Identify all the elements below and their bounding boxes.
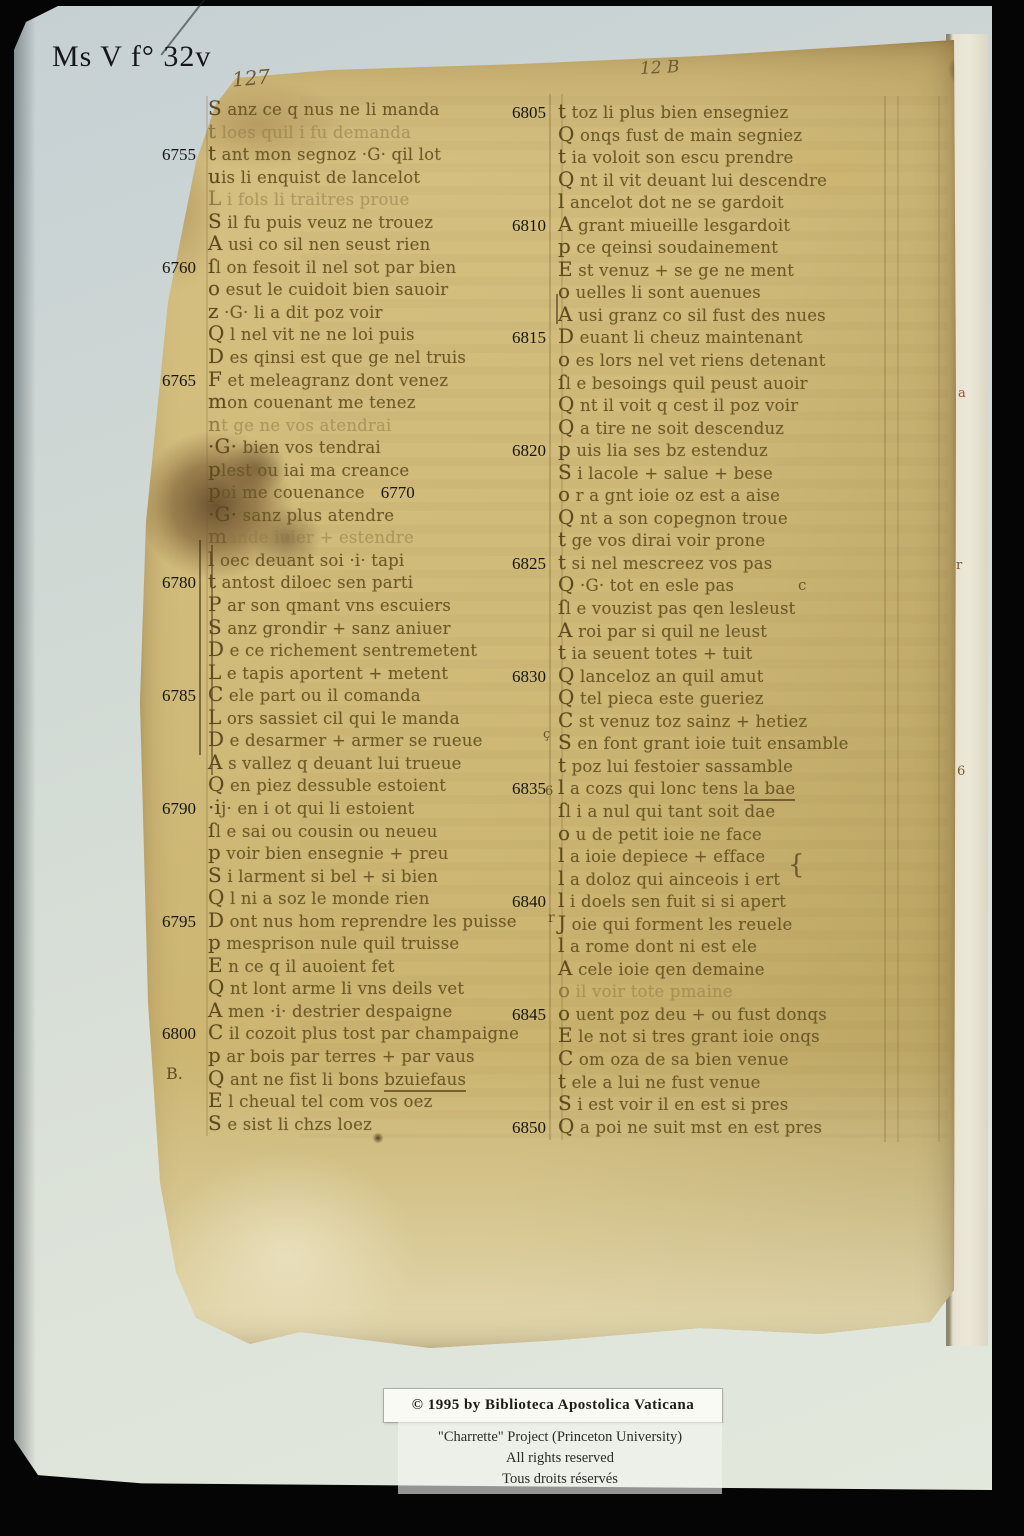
verse-text: Q l nel vit ne ne loi puis bbox=[208, 322, 415, 347]
verse-text: o r a gnt ioie oz est a aise bbox=[558, 483, 780, 508]
manuscript-line: Q en piez dessuble estoient bbox=[150, 773, 530, 796]
manuscript-line: 6815D euant li cheuz maintenant bbox=[506, 325, 966, 348]
verse-text: S anz ce q nus ne li manda bbox=[208, 97, 440, 122]
edge-mark-six: 6 bbox=[957, 764, 965, 779]
manuscript-line: S i est voir il en est si pres bbox=[506, 1092, 966, 1115]
verse-text: ſl on fesoit il nel sot par bien bbox=[208, 255, 456, 280]
manuscript-line: o es lors nel vet riens detenant bbox=[506, 348, 966, 371]
verse-text: J oie qui forment les reuele bbox=[558, 912, 792, 937]
verse-text: C om oza de sa bien venue bbox=[558, 1047, 789, 1072]
verse-text: E le not si tres grant ioie onqs bbox=[558, 1024, 820, 1049]
manuscript-line: ſl i a nul qui tant soit dae bbox=[506, 799, 966, 822]
verse-text: D e ce richement sentremetent bbox=[208, 638, 477, 663]
manuscript-line: S e sist li chzs loez bbox=[150, 1112, 530, 1135]
verse-text: ſl e sai ou cousin ou neueu bbox=[208, 819, 438, 844]
manuscript-line: D e desarmer + armer se rueue bbox=[150, 728, 530, 751]
manuscript-line: E st venuz + se ge ne ment bbox=[506, 258, 966, 281]
verse-number: 6830 bbox=[506, 666, 558, 689]
verse-text: l ancelot dot ne se gardoit bbox=[558, 190, 784, 215]
verse-text: ſl e besoings quil peust auoir bbox=[558, 371, 808, 396]
verse-number: 6850 bbox=[506, 1117, 558, 1140]
manuscript-line: 6850Q a poi ne suit mst en est pres bbox=[506, 1115, 966, 1138]
verse-text: uis li enquist de lancelot bbox=[208, 165, 420, 190]
edge-mark-a: a bbox=[958, 386, 966, 401]
manuscript-line: S i larment si bel + si bien bbox=[150, 864, 530, 887]
margin-brace: { bbox=[788, 850, 805, 880]
manuscript-line: L i fols li traitres proue bbox=[150, 187, 530, 210]
manuscript-line: 6810A grant miueille lesgardoit bbox=[506, 213, 966, 236]
caption-rights-en: All rights reserved bbox=[398, 1448, 722, 1469]
manuscript-line: 6790·ij· en i ot qui li estoient bbox=[150, 796, 530, 819]
manuscript-line: Q l nel vit ne ne loi puis bbox=[150, 322, 530, 345]
verse-text: E l cheual tel com vos oez bbox=[208, 1089, 433, 1114]
manuscript-line: C om oza de sa bien venue bbox=[506, 1047, 966, 1070]
manuscript-line: 6835l a cozs qui lonc tens la bae bbox=[506, 776, 966, 799]
verse-text: l i doels sen fuit si si apert bbox=[558, 889, 786, 914]
manuscript-line: D e ce richement sentremetent bbox=[150, 638, 530, 661]
margin-note-c: c bbox=[798, 576, 806, 594]
verse-text: o es lors nel vet riens detenant bbox=[558, 348, 826, 373]
manuscript-line: S il fu puis veuz ne trouez bbox=[150, 210, 530, 233]
manuscript-line: E le not si tres grant ioie onqs bbox=[506, 1024, 966, 1047]
manuscript-line: 6760ſl on fesoit il nel sot par bien bbox=[150, 255, 530, 278]
verse-text: Q a poi ne suit mst en est pres bbox=[558, 1115, 822, 1140]
verse-text: S i larment si bel + si bien bbox=[208, 864, 438, 889]
manuscript-line: t loes quil i fu demanda bbox=[150, 120, 530, 143]
verse-number: 6790 bbox=[150, 798, 208, 821]
verse-number: 6815 bbox=[506, 327, 558, 350]
verse-number: 6760 bbox=[150, 257, 208, 280]
margin-note-r: r bbox=[548, 910, 555, 926]
manuscript-line: o il voir tote pmaine bbox=[506, 979, 966, 1002]
verse-text: l a cozs qui lonc tens la bae bbox=[558, 776, 795, 801]
verse-text: t ia seuent totes + tuit bbox=[558, 641, 752, 666]
manuscript-line: ·G· bien vos tendrai bbox=[150, 435, 530, 458]
manuscript-line: l a rome dont ni est ele bbox=[506, 934, 966, 957]
manuscript-line: p mesprison nule quil truisse bbox=[150, 931, 530, 954]
manuscript-line: Q nt il voit q cest il poz voir bbox=[506, 393, 966, 416]
margin-note-cedilla: ç bbox=[543, 727, 550, 742]
manuscript-line: S anz grondir + sanz aniuer bbox=[150, 616, 530, 639]
manuscript-line: l a ioie depiece + efface bbox=[506, 844, 966, 867]
verse-text: A usi granz co sil fust des nues bbox=[558, 303, 826, 328]
manuscript-line: A s vallez q deuant lui trueue bbox=[150, 751, 530, 774]
verse-text: o u de petit ioie ne face bbox=[558, 822, 762, 847]
verse-text: o uelles li sont auenues bbox=[558, 280, 761, 305]
margin-note-b: B. bbox=[166, 1064, 183, 1083]
manuscript-shelfmark-label: Ms V f° 32v bbox=[52, 40, 211, 74]
verse-number: 6820 bbox=[506, 440, 558, 463]
manuscript-line: uis li enquist de lancelot bbox=[150, 165, 530, 188]
verse-text: E n ce q il auoient fet bbox=[208, 954, 395, 979]
verse-text: Q ant ne fist li bons bzuiefaus bbox=[208, 1067, 466, 1092]
verse-text: t ant mon segnoz ·G· qil lot bbox=[208, 142, 441, 167]
manuscript-line: t poz lui festoier sassamble bbox=[506, 754, 966, 777]
manuscript-line: t ge vos dirai voir prone bbox=[506, 528, 966, 551]
verse-number: 6785 bbox=[150, 685, 208, 708]
manuscript-line: nt ge ne vos atendrai bbox=[150, 413, 530, 436]
manuscript-line: A usi co sil nen seust rien bbox=[150, 232, 530, 255]
manuscript-line: A usi granz co sil fust des nues bbox=[506, 303, 966, 326]
manuscript-line: Q nt il vit deuant lui descendre bbox=[506, 168, 966, 191]
verse-text: t toz li plus bien ensegniez bbox=[558, 100, 788, 125]
verse-text: S e sist li chzs loez bbox=[208, 1112, 372, 1137]
verse-text: D es qinsi est que ge nel truis bbox=[208, 345, 466, 370]
verse-text: ·G· bien vos tendrai bbox=[208, 435, 381, 460]
verse-text: t ele a lui ne fust venue bbox=[558, 1070, 761, 1095]
manuscript-line: L e tapis aportent + metent bbox=[150, 661, 530, 684]
manuscript-line: poi me couenance6770 bbox=[150, 480, 530, 503]
manuscript-line: p voir bien ensegnie + preu bbox=[150, 841, 530, 864]
manuscript-line: C st venuz toz sainz + hetiez bbox=[506, 709, 966, 732]
manuscript-line: Q nt lont arme li vns deils vet bbox=[150, 976, 530, 999]
verse-number: 6765 bbox=[150, 370, 208, 393]
verse-text: L e tapis aportent + metent bbox=[208, 661, 448, 686]
manuscript-line: J oie qui forment les reuele bbox=[506, 912, 966, 935]
manuscript-line: 6805t toz li plus bien ensegniez bbox=[506, 100, 966, 123]
manuscript-line: o r a gnt ioie oz est a aise bbox=[506, 483, 966, 506]
verse-text: Q en piez dessuble estoient bbox=[208, 773, 446, 798]
verse-text: t si nel mescreez vos pas bbox=[558, 551, 772, 576]
edge-mark-r: r bbox=[956, 558, 962, 573]
verse-text: A grant miueille lesgardoit bbox=[558, 213, 790, 238]
folio-number-left: 127 bbox=[231, 64, 271, 91]
folio-number-right: 12 B bbox=[640, 57, 681, 79]
verse-text: Q nt lont arme li vns deils vet bbox=[208, 976, 464, 1001]
copyright-strip: © 1995 by Biblioteca Apostolica Vaticana bbox=[384, 1389, 722, 1422]
verse-text: F et meleagranz dont venez bbox=[208, 368, 448, 393]
verse-text: l a ioie depiece + efface bbox=[558, 844, 765, 869]
manuscript-line: t ele a lui ne fust venue bbox=[506, 1070, 966, 1093]
verse-text: Q nt il voit q cest il poz voir bbox=[558, 393, 798, 418]
verse-text: Q tel pieca este gueriez bbox=[558, 686, 764, 711]
verse-text: t ia voloit son escu prendre bbox=[558, 145, 794, 170]
manuscript-line: L ors sassiet cil qui le manda bbox=[150, 706, 530, 729]
verse-text: Q lanceloz an quil amut bbox=[558, 664, 764, 689]
manuscript-line: t ia seuent totes + tuit bbox=[506, 641, 966, 664]
verse-text: S anz grondir + sanz aniuer bbox=[208, 616, 451, 641]
verse-text: o esut le cuidoit bien sauoir bbox=[208, 277, 448, 302]
verse-text: ſl e vouzist pas qen lesleust bbox=[558, 596, 796, 621]
verse-number: 6805 bbox=[506, 102, 558, 125]
verse-text: l a rome dont ni est ele bbox=[558, 934, 757, 959]
manuscript-line: 6840l i doels sen fuit si si apert bbox=[506, 889, 966, 912]
manuscript-line: S en font grant ioie tuit ensamble bbox=[506, 731, 966, 754]
manuscript-line: Q onqs fust de main segniez bbox=[506, 123, 966, 146]
manuscript-line: 6780t antost diloec sen parti bbox=[150, 570, 530, 593]
manuscript-line: ſl e sai ou cousin ou neueu bbox=[150, 819, 530, 842]
manuscript-line: E n ce q il auoient fet bbox=[150, 954, 530, 977]
manuscript-line: 6820p uis lia ses bz estenduz bbox=[506, 438, 966, 461]
verse-text: L i fols li traitres proue bbox=[208, 187, 409, 212]
verse-text: l a doloz qui ainceois i ert bbox=[558, 867, 780, 892]
verse-number: 6770 bbox=[365, 482, 415, 505]
caption-credits: "Charrette" Project (Princeton Universit… bbox=[398, 1422, 722, 1494]
verse-text: C ele part ou il comanda bbox=[208, 683, 421, 708]
verse-text: mande iuier + estendre bbox=[208, 525, 414, 550]
verse-text: p ce qeinsi soudainement bbox=[558, 235, 778, 260]
verse-text: Q ·G· tot en esle pas bbox=[558, 573, 734, 598]
manuscript-line: Q tel pieca este gueriez bbox=[506, 686, 966, 709]
manuscript-line: 6800C il cozoit plus tost par champaigne bbox=[150, 1021, 530, 1044]
manuscript-line: 6825t si nel mescreez vos pas bbox=[506, 551, 966, 574]
verse-text: plest ou iai ma creance bbox=[208, 458, 409, 483]
manuscript-line: z ·G· li a dit poz voir bbox=[150, 300, 530, 323]
manuscript-line: A cele ioie qen demaine bbox=[506, 957, 966, 980]
manuscript-line: ·G· sanz plus atendre bbox=[150, 503, 530, 526]
manuscript-line: 6765F et meleagranz dont venez bbox=[150, 368, 530, 391]
verse-text: t antost diloec sen parti bbox=[208, 570, 413, 595]
manuscript-line: p ar bois par terres + par vaus bbox=[150, 1044, 530, 1067]
manuscript-line: A roi par si quil ne leust bbox=[506, 619, 966, 642]
verse-number: 6795 bbox=[150, 911, 208, 934]
verse-text: t ge vos dirai voir prone bbox=[558, 528, 765, 553]
verse-text: C il cozoit plus tost par champaigne bbox=[208, 1021, 519, 1046]
verse-number: 6810 bbox=[506, 215, 558, 238]
verse-column-right: 6805t toz li plus bien ensegniezQ onqs f… bbox=[506, 100, 966, 1137]
verse-text: Q a tire ne soit descenduz bbox=[558, 416, 784, 441]
manuscript-line: 6785C ele part ou il comanda bbox=[150, 683, 530, 706]
verse-text: A cele ioie qen demaine bbox=[558, 957, 765, 982]
verse-number: 6800 bbox=[150, 1023, 208, 1046]
verse-text: t loes quil i fu demanda bbox=[208, 120, 411, 145]
manuscript-line: l ancelot dot ne se gardoit bbox=[506, 190, 966, 213]
manuscript-line: P ar son qmant vns escuiers bbox=[150, 593, 530, 616]
verse-text: D euant li cheuz maintenant bbox=[558, 325, 803, 350]
manuscript-line: 6795D ont nus hom reprendre les puisse bbox=[150, 909, 530, 932]
verse-text: A s vallez q deuant lui trueue bbox=[208, 751, 462, 776]
manuscript-line: Q ant ne fist li bons bzuiefaus bbox=[150, 1067, 530, 1090]
margin-note-six: 6 bbox=[545, 784, 553, 799]
manuscript-line: S i lacole + salue + bese bbox=[506, 461, 966, 484]
manuscript-line: p ce qeinsi soudainement bbox=[506, 235, 966, 258]
verse-text: ·ij· en i ot qui li estoient bbox=[208, 796, 415, 821]
verse-text: Q nt il vit deuant lui descendre bbox=[558, 168, 827, 193]
verse-text: D ont nus hom reprendre les puisse bbox=[208, 909, 517, 934]
manuscript-line: E l cheual tel com vos oez bbox=[150, 1089, 530, 1112]
manuscript-line: Q a tire ne soit descenduz bbox=[506, 416, 966, 439]
slide-photograph: { "header": { "slide_label": "Ms V f° 32… bbox=[0, 0, 1024, 1536]
manuscript-line: A men ·i· destrier despaigne bbox=[150, 999, 530, 1022]
verse-text: z ·G· li a dit poz voir bbox=[208, 300, 383, 325]
manuscript-line: 6755t ant mon segnoz ·G· qil lot bbox=[150, 142, 530, 165]
manuscript-line: ſl e besoings quil peust auoir bbox=[506, 371, 966, 394]
verse-text: Q l ni a soz le monde rien bbox=[208, 886, 430, 911]
verse-number: 6780 bbox=[150, 572, 208, 595]
verse-text: S il fu puis veuz ne trouez bbox=[208, 210, 433, 235]
verse-text: o il voir tote pmaine bbox=[558, 979, 733, 1004]
verse-text: t poz lui festoier sassamble bbox=[558, 754, 793, 779]
verse-text: A usi co sil nen seust rien bbox=[208, 232, 430, 257]
verse-text: D e desarmer + armer se rueue bbox=[208, 728, 483, 753]
manuscript-line: mande iuier + estendre bbox=[150, 525, 530, 548]
verse-text: S en font grant ioie tuit ensamble bbox=[558, 731, 849, 756]
verse-text: S i lacole + salue + bese bbox=[558, 461, 773, 486]
caption-rights-fr: Tous droits réservés bbox=[398, 1469, 722, 1490]
verse-text: P ar son qmant vns escuiers bbox=[208, 593, 451, 618]
manuscript-line: Q ·G· tot en esle pas bbox=[506, 573, 966, 596]
verse-text: p ar bois par terres + par vaus bbox=[208, 1044, 475, 1069]
verse-text: l oec deuant soi ·i· tapi bbox=[208, 548, 404, 573]
manuscript-line: t ia voloit son escu prendre bbox=[506, 145, 966, 168]
manuscript-line: o uelles li sont auenues bbox=[506, 280, 966, 303]
verse-text: p voir bien ensegnie + preu bbox=[208, 841, 449, 866]
manuscript-line: Q nt a son copegnon troue bbox=[506, 506, 966, 529]
verse-text: A roi par si quil ne leust bbox=[558, 619, 767, 644]
verse-number: 6825 bbox=[506, 553, 558, 576]
manuscript-line: l oec deuant soi ·i· tapi bbox=[150, 548, 530, 571]
verse-text: Q onqs fust de main segniez bbox=[558, 123, 802, 148]
manuscript-line: o esut le cuidoit bien sauoir bbox=[150, 277, 530, 300]
verse-text: E st venuz + se ge ne ment bbox=[558, 258, 794, 283]
verse-number: 6845 bbox=[506, 1004, 558, 1027]
manuscript-line: Q l ni a soz le monde rien bbox=[150, 886, 530, 909]
verse-text: ·G· sanz plus atendre bbox=[208, 503, 394, 528]
manuscript-line: D es qinsi est que ge nel truis bbox=[150, 345, 530, 368]
manuscript-line: 6845o uent poz deu + ou fust donqs bbox=[506, 1002, 966, 1025]
manuscript-line: 6830Q lanceloz an quil amut bbox=[506, 664, 966, 687]
verse-number: 6755 bbox=[150, 144, 208, 167]
verse-text: Q nt a son copegnon troue bbox=[558, 506, 788, 531]
verse-text: ſl i a nul qui tant soit dae bbox=[558, 799, 775, 824]
verse-column-left: S anz ce q nus ne li mandat loes quil i … bbox=[150, 97, 530, 1134]
verse-text: nt ge ne vos atendrai bbox=[208, 413, 392, 438]
caption-project: "Charrette" Project (Princeton Universit… bbox=[398, 1427, 722, 1448]
manuscript-line: ſl e vouzist pas qen lesleust bbox=[506, 596, 966, 619]
manuscript-line: o u de petit ioie ne face bbox=[506, 822, 966, 845]
verse-text: L ors sassiet cil qui le manda bbox=[208, 706, 460, 731]
verse-text: C st venuz toz sainz + hetiez bbox=[558, 709, 807, 734]
verse-text: A men ·i· destrier despaigne bbox=[208, 999, 452, 1024]
manuscript-line: mon couenant me tenez bbox=[150, 390, 530, 413]
manuscript-line: plest ou iai ma creance bbox=[150, 458, 530, 481]
verse-text: mon couenant me tenez bbox=[208, 390, 416, 415]
manuscript-line: S anz ce q nus ne li manda bbox=[150, 97, 530, 120]
verse-text: S i est voir il en est si pres bbox=[558, 1092, 788, 1117]
verse-text: p uis lia ses bz estenduz bbox=[558, 438, 768, 463]
manuscript-line: l a doloz qui ainceois i ert bbox=[506, 867, 966, 890]
verse-text: o uent poz deu + ou fust donqs bbox=[558, 1002, 827, 1027]
verse-text: p mesprison nule quil truisse bbox=[208, 931, 459, 956]
